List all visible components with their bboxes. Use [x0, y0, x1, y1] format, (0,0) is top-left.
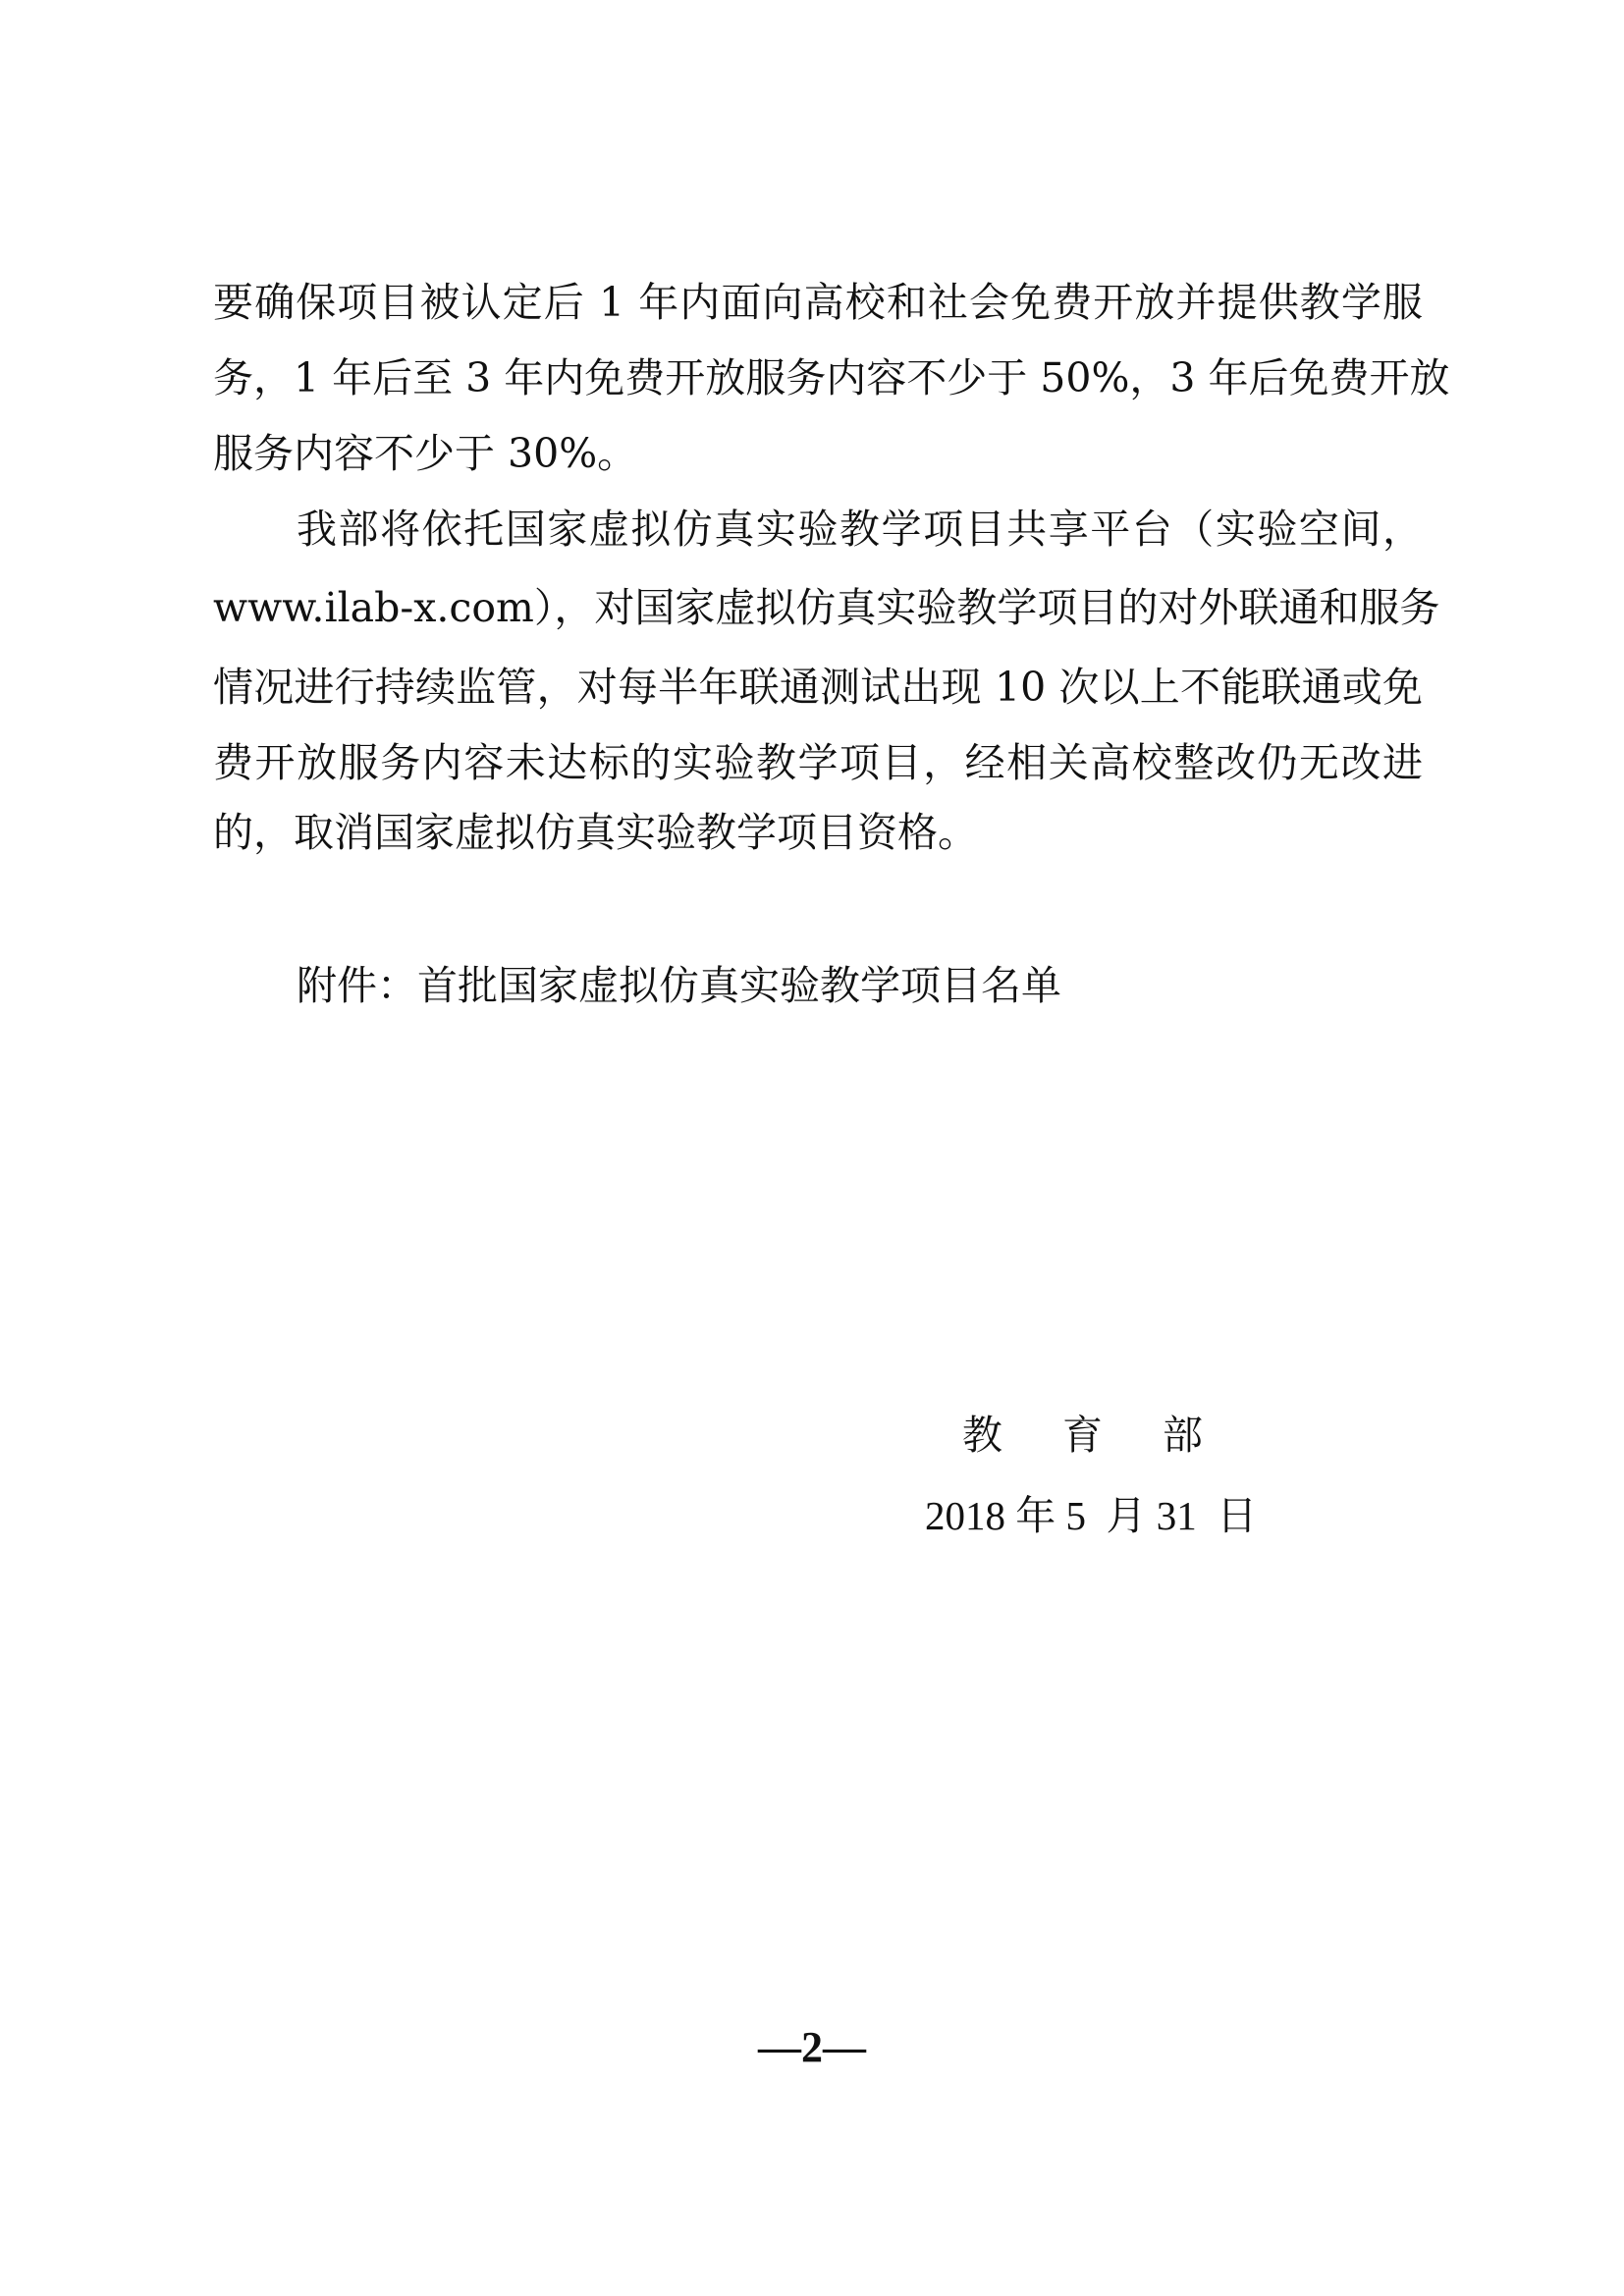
org-char: 部	[1163, 1408, 1263, 1463]
signature-organization: 教育部	[962, 1408, 1263, 1463]
signature-date: 2018 年 5 月 31 日	[925, 1488, 1257, 1543]
attachment-line: 附件：首批国家虚拟仿真实验教学项目名单	[297, 958, 1423, 1013]
paragraph1-line1: 要确保项目被认定后 1 年内面向高校和社会免费开放并提供教学服	[213, 275, 1423, 330]
paragraph2-line2: www.ilab-x.com），对国家虚拟仿真实验教学项目的对外联通和服务	[213, 580, 1423, 635]
paragraph2-line1: 我部将依托国家虚拟仿真实验教学项目共享平台（实验空间，	[297, 502, 1423, 557]
page-number: —2—	[746, 2026, 878, 2069]
org-char: 育	[1062, 1408, 1163, 1463]
paragraph1-line2: 务，1 年后至 3 年内免费开放服务内容不少于 50%，3 年后免费开放	[213, 350, 1423, 405]
org-char: 教	[962, 1408, 1062, 1463]
paragraph2-line5: 的，取消国家虚拟仿真实验教学项目资格。	[213, 805, 1423, 860]
paragraph2-line4: 费开放服务内容未达标的实验教学项目，经相关高校整改仍无改进	[213, 735, 1423, 790]
paragraph1-line3: 服务内容不少于 30%。	[213, 426, 1423, 481]
paragraph2-line3: 情况进行持续监管，对每半年联通测试出现 10 次以上不能联通或免	[213, 660, 1423, 715]
